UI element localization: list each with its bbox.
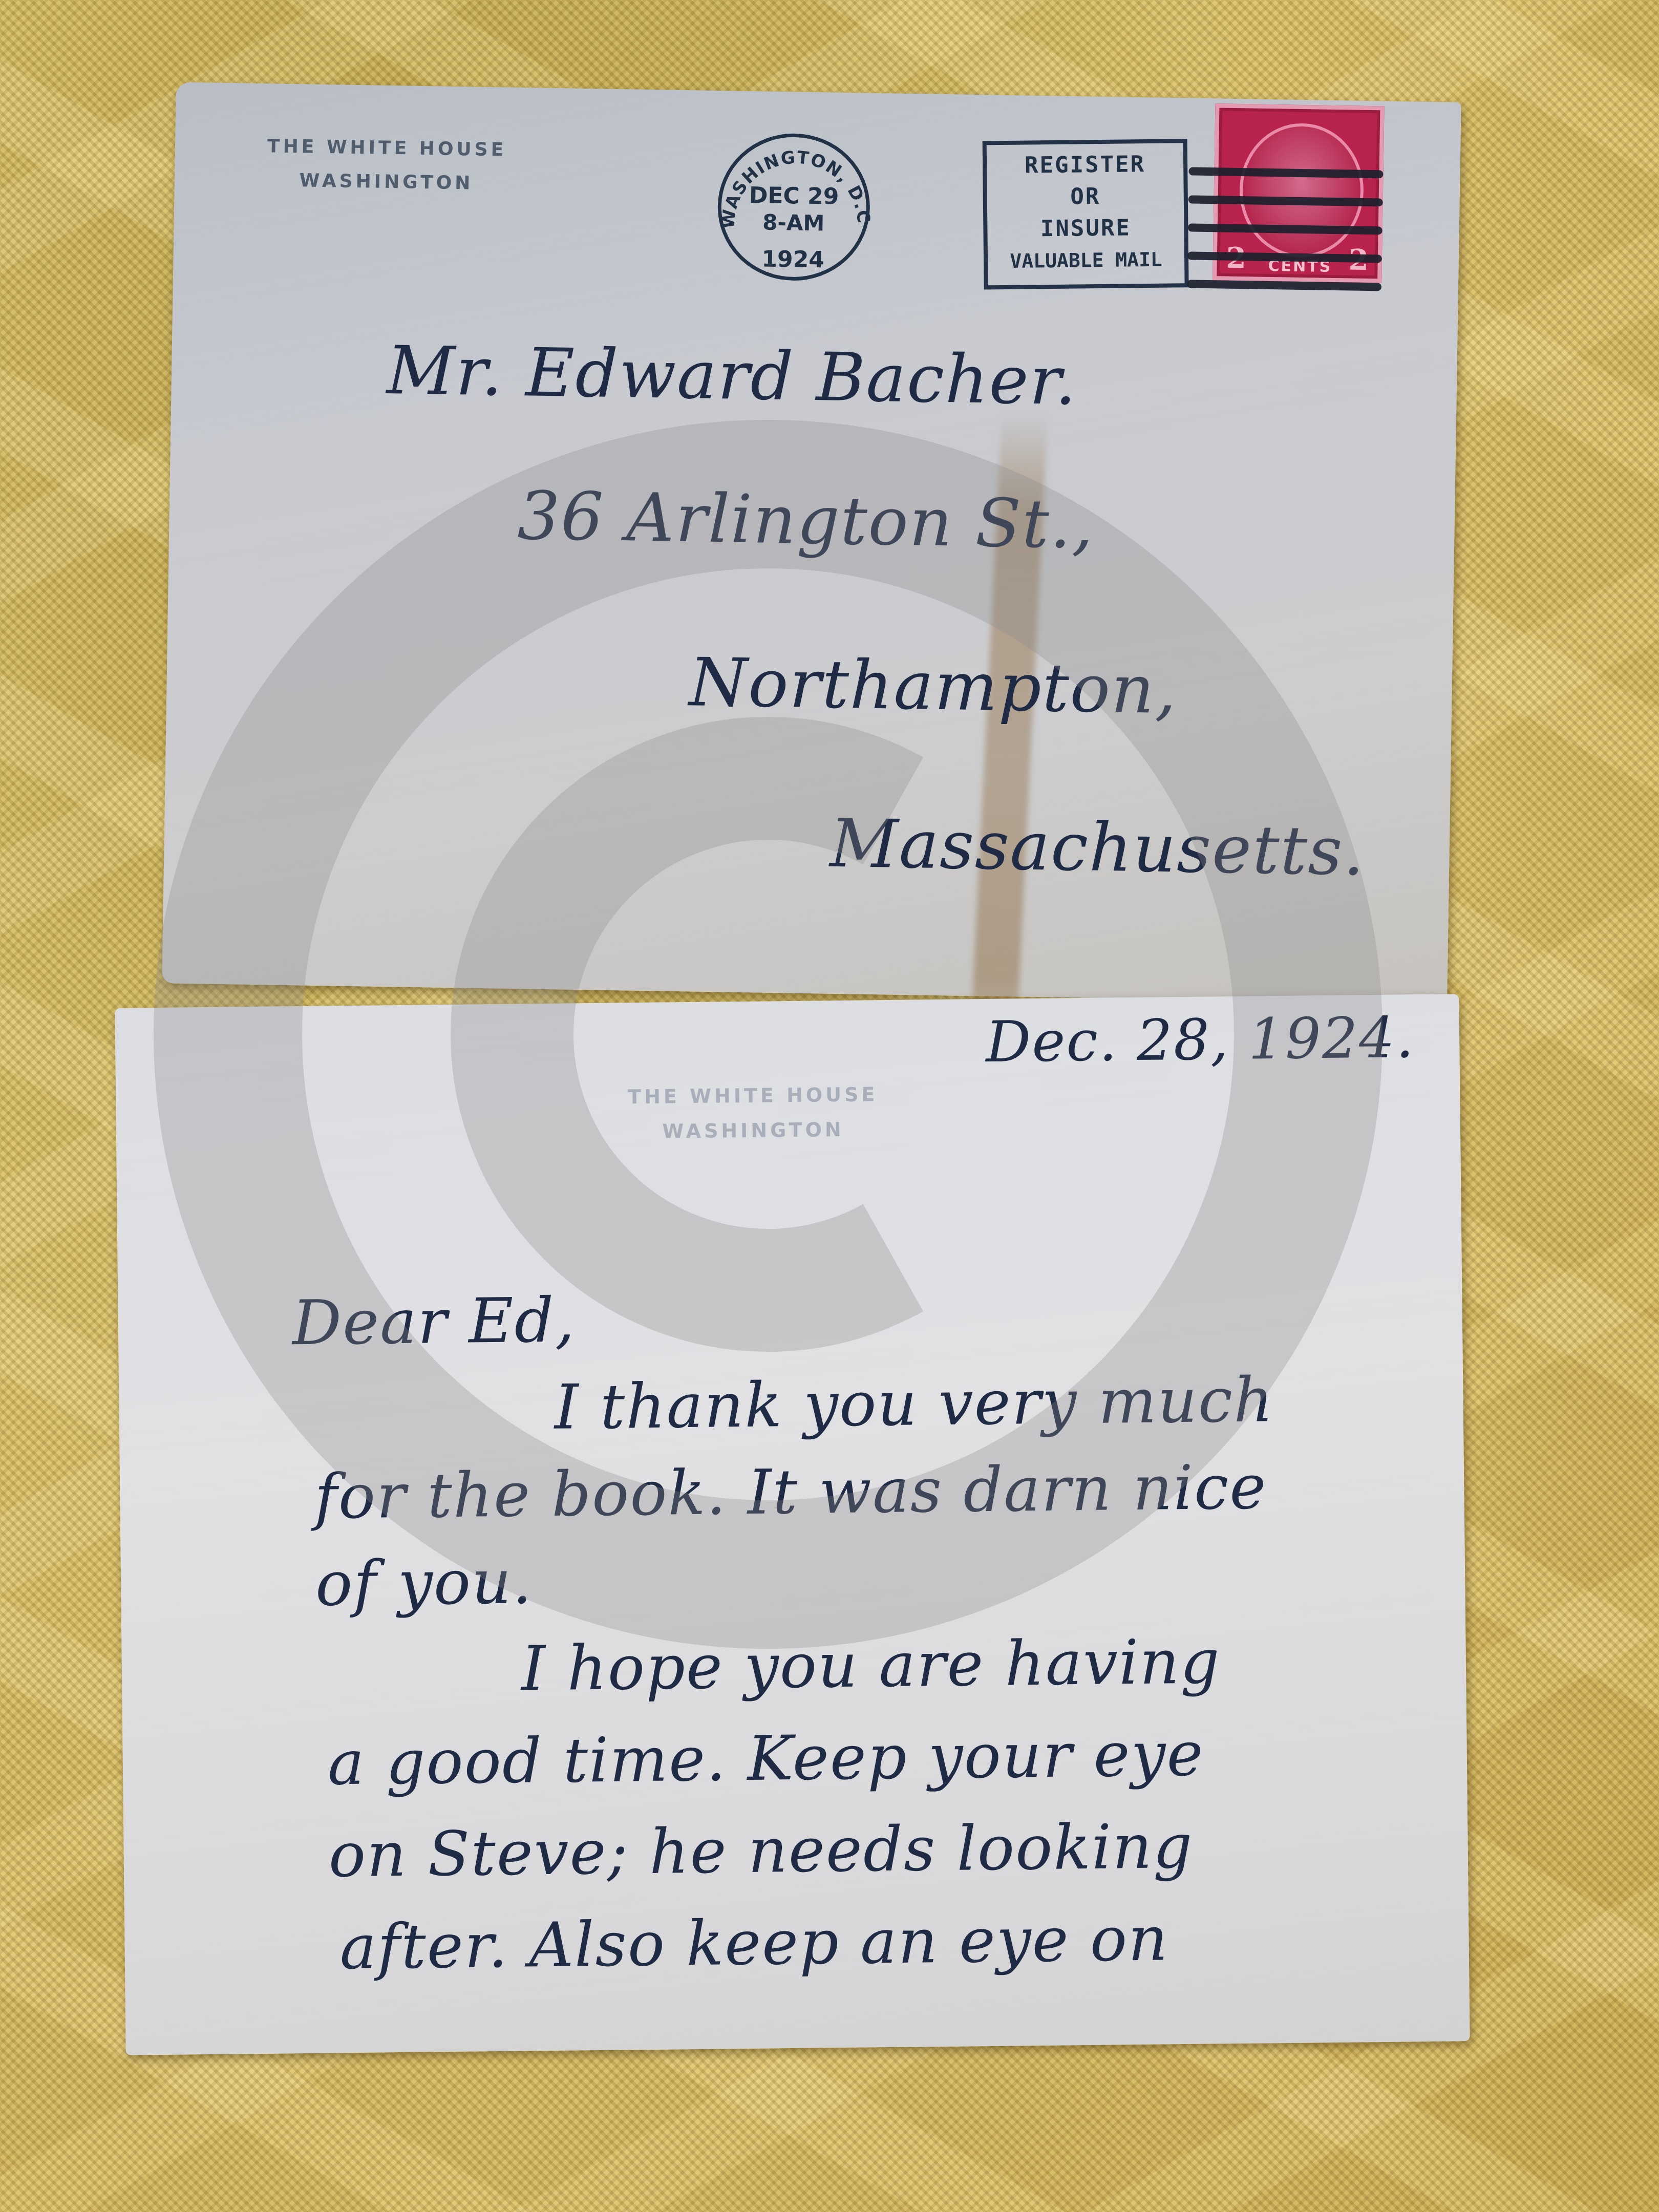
letterhead-line-1: THE WHITE HOUSE [267, 130, 507, 167]
body-line: a good time. Keep your eye [327, 1719, 1204, 1799]
cancel-bars [1187, 146, 1384, 303]
body-line: of you. [315, 1546, 533, 1620]
address-line: 36 Arlington St., [517, 477, 1095, 564]
envelope-letterhead: THE WHITE HOUSE WASHINGTON [266, 130, 506, 201]
body-line: I hope you are having [521, 1626, 1221, 1705]
slogan-line: VALUABLE MAIL [988, 243, 1185, 277]
slogan-line: INSURE [987, 211, 1184, 245]
address-line: Massachusetts. [829, 804, 1366, 890]
letterhead-line-2: WASHINGTON [266, 163, 506, 201]
svg-text:DEC 29: DEC 29 [749, 182, 839, 210]
letterhead-line-2: WASHINGTON [628, 1112, 879, 1149]
envelope: THE WHITE HOUSE WASHINGTON WASHINGTON, D… [162, 82, 1461, 1003]
letter: Dec. 28, 1924. THE WHITE HOUSE WASHINGTO… [115, 994, 1470, 2055]
address-line: Northampton, [689, 643, 1178, 729]
slogan-line: REGISTER [987, 148, 1184, 182]
postmark-icon: WASHINGTON, D.C. DEC 29 8-AM 1924 [711, 126, 877, 288]
svg-text:1924: 1924 [761, 246, 824, 273]
letterhead-line-1: THE WHITE HOUSE [628, 1077, 878, 1114]
body-line: for the book. It was darn nice [314, 1452, 1267, 1533]
letter-date: Dec. 28, 1924. [985, 1005, 1415, 1075]
body-line: on Steve; he needs looking [328, 1811, 1194, 1891]
letter-letterhead: THE WHITE HOUSE WASHINGTON [628, 1077, 879, 1149]
salutation: Dear Ed, [292, 1285, 576, 1359]
body-line: after. Also keep an eye on [339, 1903, 1169, 1983]
svg-text:8-AM: 8-AM [762, 209, 825, 236]
slogan-cancel: REGISTER OR INSURE VALUABLE MAIL [983, 139, 1189, 289]
body-line: I thank you very much [554, 1365, 1274, 1443]
slogan-line: OR [987, 180, 1184, 214]
address-line: Mr. Edward Bacher. [386, 331, 1078, 420]
